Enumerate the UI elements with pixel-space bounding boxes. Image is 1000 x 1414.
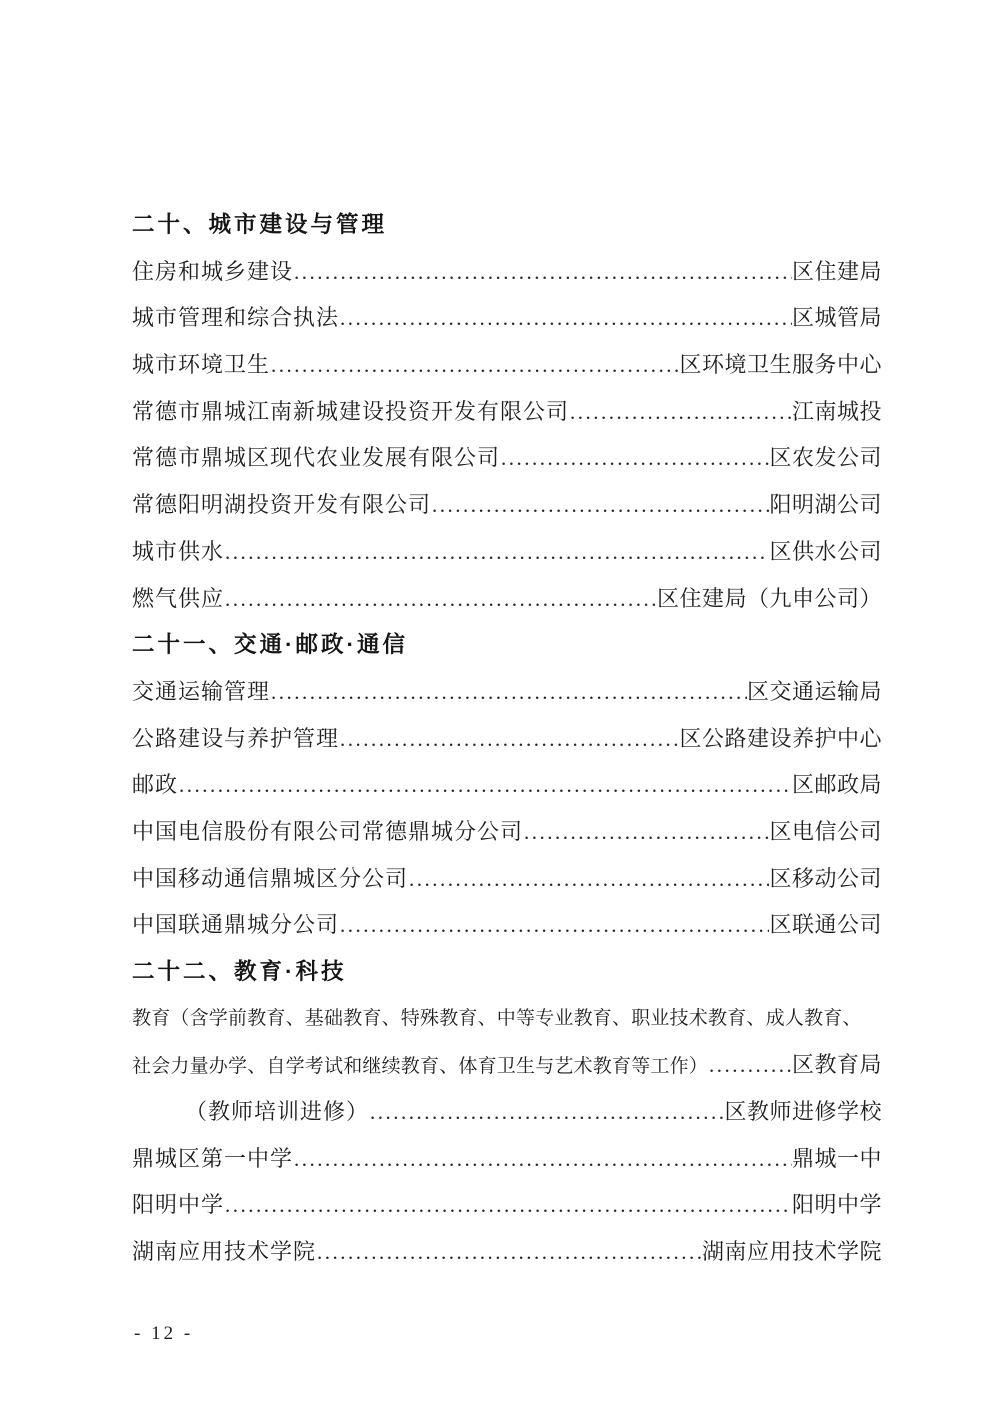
entry-name: 交通运输管理: [132, 669, 270, 716]
toc-entry-row: 公路建设与养护管理 区公路建设养护中心: [132, 716, 882, 763]
entry-dept: 区邮政局: [792, 762, 882, 809]
toc-entry-row: 城市环境卫生 区环境卫生服务中心: [132, 342, 882, 389]
entry-name: 鼎城区第一中学: [132, 1136, 293, 1183]
entry-name: 中国联通鼎城分公司: [132, 902, 339, 949]
entry-dept: 区供水公司: [769, 529, 882, 576]
toc-entry-row-wrapped-line1: 教育（含学前教育、基础教育、特殊教育、中等专业教育、职业技术教育、成人教育、: [132, 996, 882, 1043]
dot-leader: [224, 1182, 792, 1229]
entry-name: 常德市鼎城江南新城建设投资开发有限公司: [132, 389, 569, 436]
entry-dept: 区住建局（九申公司）: [657, 576, 882, 623]
entry-dept: 鼎城一中: [792, 1136, 882, 1183]
entry-name: （教师培训进修）: [185, 1089, 369, 1136]
dot-leader: [316, 1229, 702, 1276]
entry-dept: 区城管局: [792, 295, 882, 342]
toc-entry-row: 阳明中学 阳明中学: [132, 1182, 882, 1229]
dot-leader: [224, 529, 769, 576]
section-title: 二十二、教育·科技: [132, 949, 347, 996]
dot-leader: [270, 342, 679, 389]
entry-name: 城市管理和综合执法: [132, 295, 339, 342]
entry-dept: 区联通公司: [769, 902, 882, 949]
entry-name-line1: 教育（含学前教育、基础教育、特殊教育、中等专业教育、职业技术教育、成人教育、: [132, 996, 862, 1043]
entry-name: 邮政: [132, 762, 178, 809]
document-page: 二十、城市建设与管理 住房和城乡建设 区住建局 城市管理和综合执法 区城管局 城…: [0, 0, 1000, 1414]
entry-dept: 区环境卫生服务中心: [679, 342, 882, 389]
toc-content: 二十、城市建设与管理 住房和城乡建设 区住建局 城市管理和综合执法 区城管局 城…: [132, 202, 882, 1276]
dot-leader: [569, 389, 792, 436]
entry-dept: 江南城投: [792, 389, 882, 436]
toc-entry-row: 住房和城乡建设 区住建局: [132, 249, 882, 296]
toc-entry-row: 鼎城区第一中学 鼎城一中: [132, 1136, 882, 1183]
dot-leader: [293, 1136, 792, 1183]
toc-entry-row: （教师培训进修） 区教师进修学校: [132, 1089, 882, 1136]
entry-dept: 区公路建设养护中心: [679, 716, 882, 763]
section-title: 二十一、交通·邮政·通信: [132, 622, 408, 669]
toc-entry-row: 常德阳明湖投资开发有限公司 阳明湖公司: [132, 482, 882, 529]
entry-name: 城市环境卫生: [132, 342, 270, 389]
toc-entry-row: 城市供水 区供水公司: [132, 529, 882, 576]
section-heading-22: 二十二、教育·科技: [132, 949, 882, 996]
toc-entry-row: 中国电信股份有限公司常德鼎城分公司 区电信公司: [132, 809, 882, 856]
entry-name: 常德市鼎城区现代农业发展有限公司: [132, 435, 500, 482]
section-heading-20: 二十、城市建设与管理: [132, 202, 882, 249]
entry-dept: 阳明湖公司: [769, 482, 882, 529]
entry-dept: 区交通运输局: [747, 669, 882, 716]
toc-entry-row: 燃气供应 区住建局（九申公司）: [132, 576, 882, 623]
entry-name: 阳明中学: [132, 1182, 224, 1229]
toc-entry-row: 中国联通鼎城分公司 区联通公司: [132, 902, 882, 949]
entry-dept: 区农发公司: [769, 435, 882, 482]
entry-name: 中国移动通信鼎城区分公司: [132, 856, 408, 903]
entry-name: 住房和城乡建设: [132, 249, 293, 296]
dot-leader: [339, 716, 679, 763]
dot-leader: [500, 435, 769, 482]
toc-entry-row: 湖南应用技术学院 湖南应用技术学院: [132, 1229, 882, 1276]
dot-leader: [293, 249, 792, 296]
entry-name: 城市供水: [132, 529, 224, 576]
entry-dept: 区教师进修学校: [724, 1089, 882, 1136]
dot-leader: [339, 295, 792, 342]
dot-leader: [339, 902, 769, 949]
dot-leader: [369, 1089, 724, 1136]
page-number: - 12 -: [134, 1320, 193, 1348]
entry-dept: 区电信公司: [769, 809, 882, 856]
entry-dept: 阳明中学: [792, 1182, 882, 1229]
entry-name: 中国电信股份有限公司常德鼎城分公司: [132, 809, 523, 856]
entry-name: 湖南应用技术学院: [132, 1229, 316, 1276]
section-title: 二十、城市建设与管理: [132, 202, 387, 249]
entry-name: 燃气供应: [132, 576, 224, 623]
toc-entry-row: 常德市鼎城江南新城建设投资开发有限公司 江南城投: [132, 389, 882, 436]
toc-entry-row: 交通运输管理 区交通运输局: [132, 669, 882, 716]
toc-entry-row: 邮政 区邮政局: [132, 762, 882, 809]
toc-entry-row: 中国移动通信鼎城区分公司 区移动公司: [132, 856, 882, 903]
entry-dept: 湖南应用技术学院: [702, 1229, 882, 1276]
dot-leader: [408, 856, 769, 903]
toc-entry-row: 城市管理和综合执法 区城管局: [132, 295, 882, 342]
section-heading-21: 二十一、交通·邮政·通信: [132, 622, 882, 669]
dot-leader: [178, 762, 792, 809]
dot-leader: [708, 1042, 792, 1089]
entry-name-line2: 社会力量办学、自学考试和继续教育、体育卫生与艺术教育等工作）: [132, 1044, 708, 1091]
entry-dept: 区教育局: [792, 1042, 882, 1089]
toc-entry-row: 常德市鼎城区现代农业发展有限公司 区农发公司: [132, 435, 882, 482]
entry-dept: 区移动公司: [769, 856, 882, 903]
dot-leader: [431, 482, 769, 529]
entry-name: 常德阳明湖投资开发有限公司: [132, 482, 431, 529]
dot-leader: [224, 576, 657, 623]
entry-dept: 区住建局: [792, 249, 882, 296]
dot-leader: [270, 669, 747, 716]
toc-entry-row-wrapped-line2: 社会力量办学、自学考试和继续教育、体育卫生与艺术教育等工作） 区教育局: [132, 1042, 882, 1089]
dot-leader: [523, 809, 769, 856]
entry-name: 公路建设与养护管理: [132, 716, 339, 763]
